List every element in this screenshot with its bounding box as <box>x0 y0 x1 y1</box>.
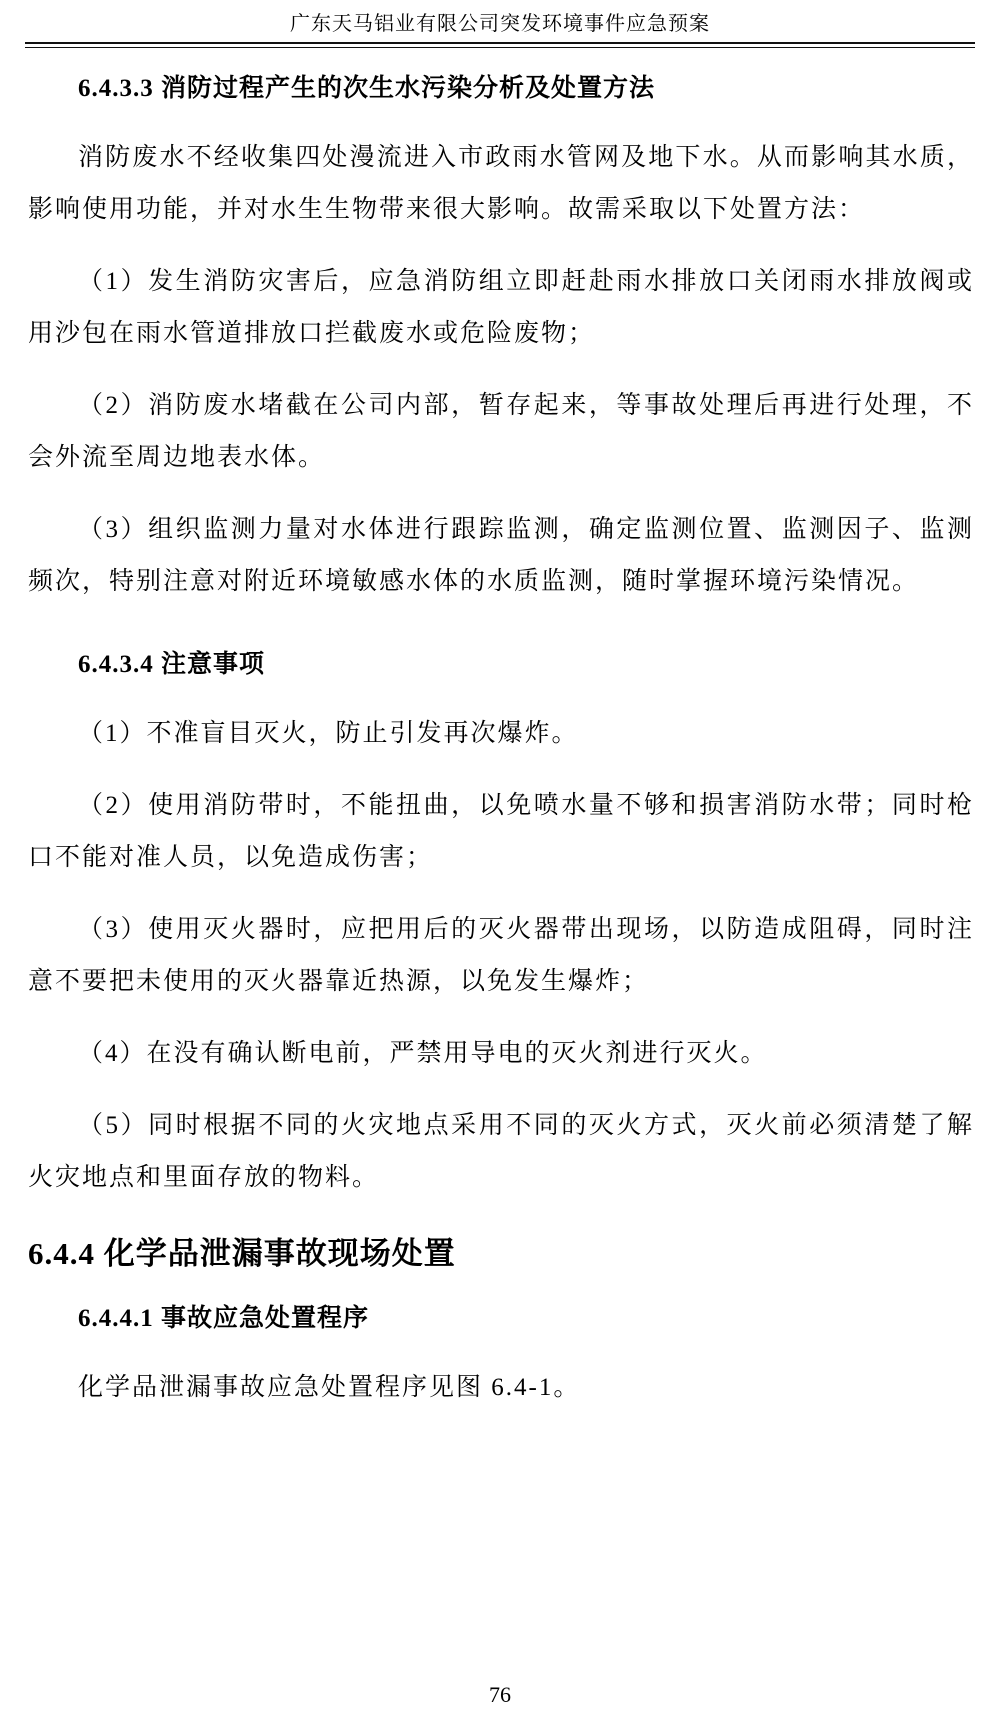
paragraph-note-1: （1）不准盲目灭火，防止引发再次爆炸。 <box>28 708 972 760</box>
paragraph-line: （3）组织监测力量对水体进行跟踪监测，确定监测位置、监测因子、监测 <box>28 504 972 556</box>
paragraph-line: 化学品泄漏事故应急处置程序见图 6.4-1。 <box>28 1362 972 1414</box>
page-number: 76 <box>0 1680 1000 1710</box>
paragraph-line: 会外流至周边地表水体。 <box>28 432 972 484</box>
paragraph-note-4: （4）在没有确认断电前，严禁用导电的灭火剂进行灭火。 <box>28 1028 972 1080</box>
paragraph-item-1: （1）发生消防灾害后，应急消防组立即赶赴雨水排放口关闭雨水排放阀或 用沙包在雨水… <box>28 256 972 360</box>
paragraph-line: （5）同时根据不同的火灾地点采用不同的灭火方式，灭火前必须清楚了解 <box>28 1100 972 1152</box>
document-body: 6.4.3.3 消防过程产生的次生水污染分析及处置方法 消防废水不经收集四处漫流… <box>0 72 1000 1414</box>
paragraph-line: 火灾地点和里面存放的物料。 <box>28 1152 972 1204</box>
paragraph-note-3: （3）使用灭火器时，应把用后的灭火器带出现场，以防造成阻碍，同时注 意不要把未使… <box>28 904 972 1008</box>
page-header-title: 广东天马铝业有限公司突发环境事件应急预案 <box>0 0 1000 38</box>
paragraph-line: 意不要把未使用的灭火器靠近热源，以免发生爆炸； <box>28 956 972 1008</box>
paragraph-line: （1）发生消防灾害后，应急消防组立即赶赴雨水排放口关闭雨水排放阀或 <box>28 256 972 308</box>
paragraph-line: 消防废水不经收集四处漫流进入市政雨水管网及地下水。从而影响其水质， <box>28 132 972 184</box>
section-heading-644: 6.4.4 化学品泄漏事故现场处置 <box>28 1234 972 1274</box>
paragraph-figure-ref: 化学品泄漏事故应急处置程序见图 6.4-1。 <box>28 1362 972 1414</box>
paragraph-item-3: （3）组织监测力量对水体进行跟踪监测，确定监测位置、监测因子、监测 频次，特别注… <box>28 504 972 608</box>
section-heading-6441: 6.4.4.1 事故应急处置程序 <box>28 1302 972 1336</box>
paragraph-line: （1）不准盲目灭火，防止引发再次爆炸。 <box>28 708 972 760</box>
header-divider-rule <box>25 42 975 48</box>
paragraph-line: 口不能对准人员，以免造成伤害； <box>28 832 972 884</box>
paragraph-item-2: （2）消防废水堵截在公司内部，暂存起来，等事故处理后再进行处理，不 会外流至周边… <box>28 380 972 484</box>
paragraph-line: （4）在没有确认断电前，严禁用导电的灭火剂进行灭火。 <box>28 1028 972 1080</box>
paragraph-line: （3）使用灭火器时，应把用后的灭火器带出现场，以防造成阻碍，同时注 <box>28 904 972 956</box>
section-heading-6433: 6.4.3.3 消防过程产生的次生水污染分析及处置方法 <box>28 72 972 106</box>
document-page: 广东天马铝业有限公司突发环境事件应急预案 6.4.3.3 消防过程产生的次生水污… <box>0 0 1000 1723</box>
paragraph-intro: 消防废水不经收集四处漫流进入市政雨水管网及地下水。从而影响其水质， 影响使用功能… <box>28 132 972 236</box>
paragraph-line: 影响使用功能，并对水生生物带来很大影响。故需采取以下处置方法： <box>28 184 972 236</box>
section-heading-6434: 6.4.3.4 注意事项 <box>28 648 972 682</box>
paragraph-line: （2）消防废水堵截在公司内部，暂存起来，等事故处理后再进行处理，不 <box>28 380 972 432</box>
paragraph-line: 频次，特别注意对附近环境敏感水体的水质监测，随时掌握环境污染情况。 <box>28 556 972 608</box>
paragraph-line: 用沙包在雨水管道排放口拦截废水或危险废物； <box>28 308 972 360</box>
paragraph-line: （2）使用消防带时，不能扭曲，以免喷水量不够和损害消防水带；同时枪 <box>28 780 972 832</box>
paragraph-note-5: （5）同时根据不同的火灾地点采用不同的灭火方式，灭火前必须清楚了解 火灾地点和里… <box>28 1100 972 1204</box>
paragraph-note-2: （2）使用消防带时，不能扭曲，以免喷水量不够和损害消防水带；同时枪 口不能对准人… <box>28 780 972 884</box>
